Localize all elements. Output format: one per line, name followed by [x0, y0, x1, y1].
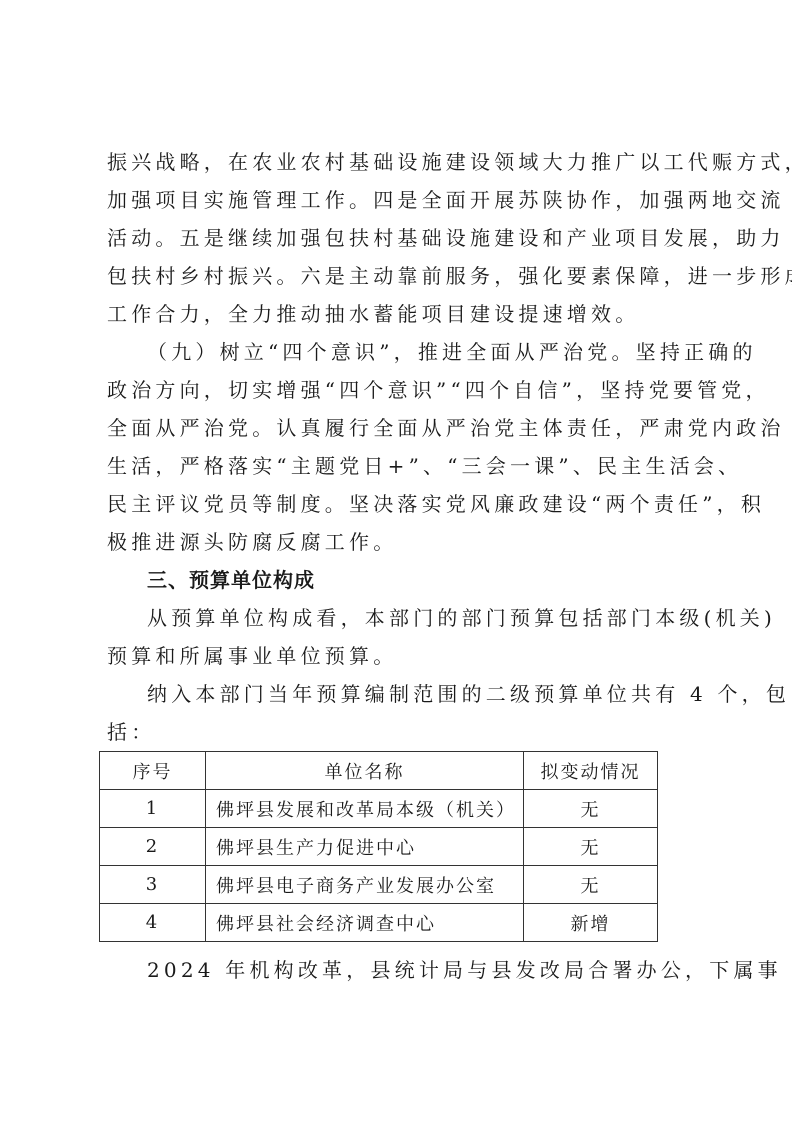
body-text-line: 2024 年机构改革，县统计局与县发改局合署办公，下属事: [147, 958, 782, 982]
table-row: 4 佛坪县社会经济调查中心 新增: [100, 904, 658, 942]
budget-units-table: 序号 单位名称 拟变动情况 1 佛坪县发展和改革局本级（机关） 无 2 佛坪县生…: [99, 751, 658, 942]
body-text-line: 括：: [107, 720, 155, 744]
header-cell: 拟变动情况: [524, 752, 658, 790]
body-text-line: 极推进源头防腐反腐工作。: [107, 530, 397, 554]
body-text-line: 政治方向，切实增强“四个意识”“四个自信”，坚持党要管党，: [107, 378, 770, 402]
body-text-line: 加强项目实施管理工作。四是全面开展苏陕协作，加强两地交流: [107, 188, 785, 212]
table-cell: 无: [524, 828, 658, 866]
table-cell: 无: [524, 866, 658, 904]
body-text-line: 全面从严治党。认真履行全面从严治党主体责任，严肃党内政治: [107, 416, 785, 440]
table-cell: 新增: [524, 904, 658, 942]
body-text-line: 振兴战略，在农业农村基础设施建设领域大力推广以工代赈方式，: [107, 150, 792, 174]
table-cell: 无: [524, 790, 658, 828]
body-text-line: 包扶村乡村振兴。六是主动靠前服务，强化要素保障，进一步形成: [107, 264, 792, 288]
body-text-line: 纳入本部门当年预算编制范围的二级预算单位共有 4 个，包: [147, 682, 790, 706]
table-row: 3 佛坪县电子商务产业发展办公室 无: [100, 866, 658, 904]
table-cell: 佛坪县生产力促进中心: [206, 828, 524, 866]
table-cell: 佛坪县发展和改革局本级（机关）: [206, 790, 524, 828]
body-text-line: 从预算单位构成看，本部门的部门预算包括部门本级(机关): [147, 606, 776, 630]
body-text-line: 工作合力，全力推动抽水蓄能项目建设提速增效。: [107, 302, 639, 326]
body-text-line: 民主评议党员等制度。坚决落实党风廉政建设“两个责任”，积: [107, 492, 765, 516]
table-cell: 1: [100, 790, 206, 828]
table-row: 2 佛坪县生产力促进中心 无: [100, 828, 658, 866]
header-cell: 序号: [100, 752, 206, 790]
body-text-line: 预算和所属事业单位预算。: [107, 644, 397, 668]
header-cell: 单位名称: [206, 752, 524, 790]
table-header-row: 序号 单位名称 拟变动情况: [100, 752, 658, 790]
table-row: 1 佛坪县发展和改革局本级（机关） 无: [100, 790, 658, 828]
table-cell: 佛坪县电子商务产业发展办公室: [206, 866, 524, 904]
body-text-line: 活动。五是继续加强包扶村基础设施建设和产业项目发展，助力: [107, 226, 785, 250]
section-heading: 三、预算单位构成: [147, 568, 315, 592]
body-text-line: （九）树立“四个意识”，推进全面从严治党。坚持正确的: [147, 340, 757, 364]
table-cell: 佛坪县社会经济调查中心: [206, 904, 524, 942]
table-cell: 3: [100, 866, 206, 904]
body-text-line: 生活，严格落实“主题党日+”、“三会一课”、民主生活会、: [107, 454, 742, 478]
table-cell: 4: [100, 904, 206, 942]
table-cell: 2: [100, 828, 206, 866]
